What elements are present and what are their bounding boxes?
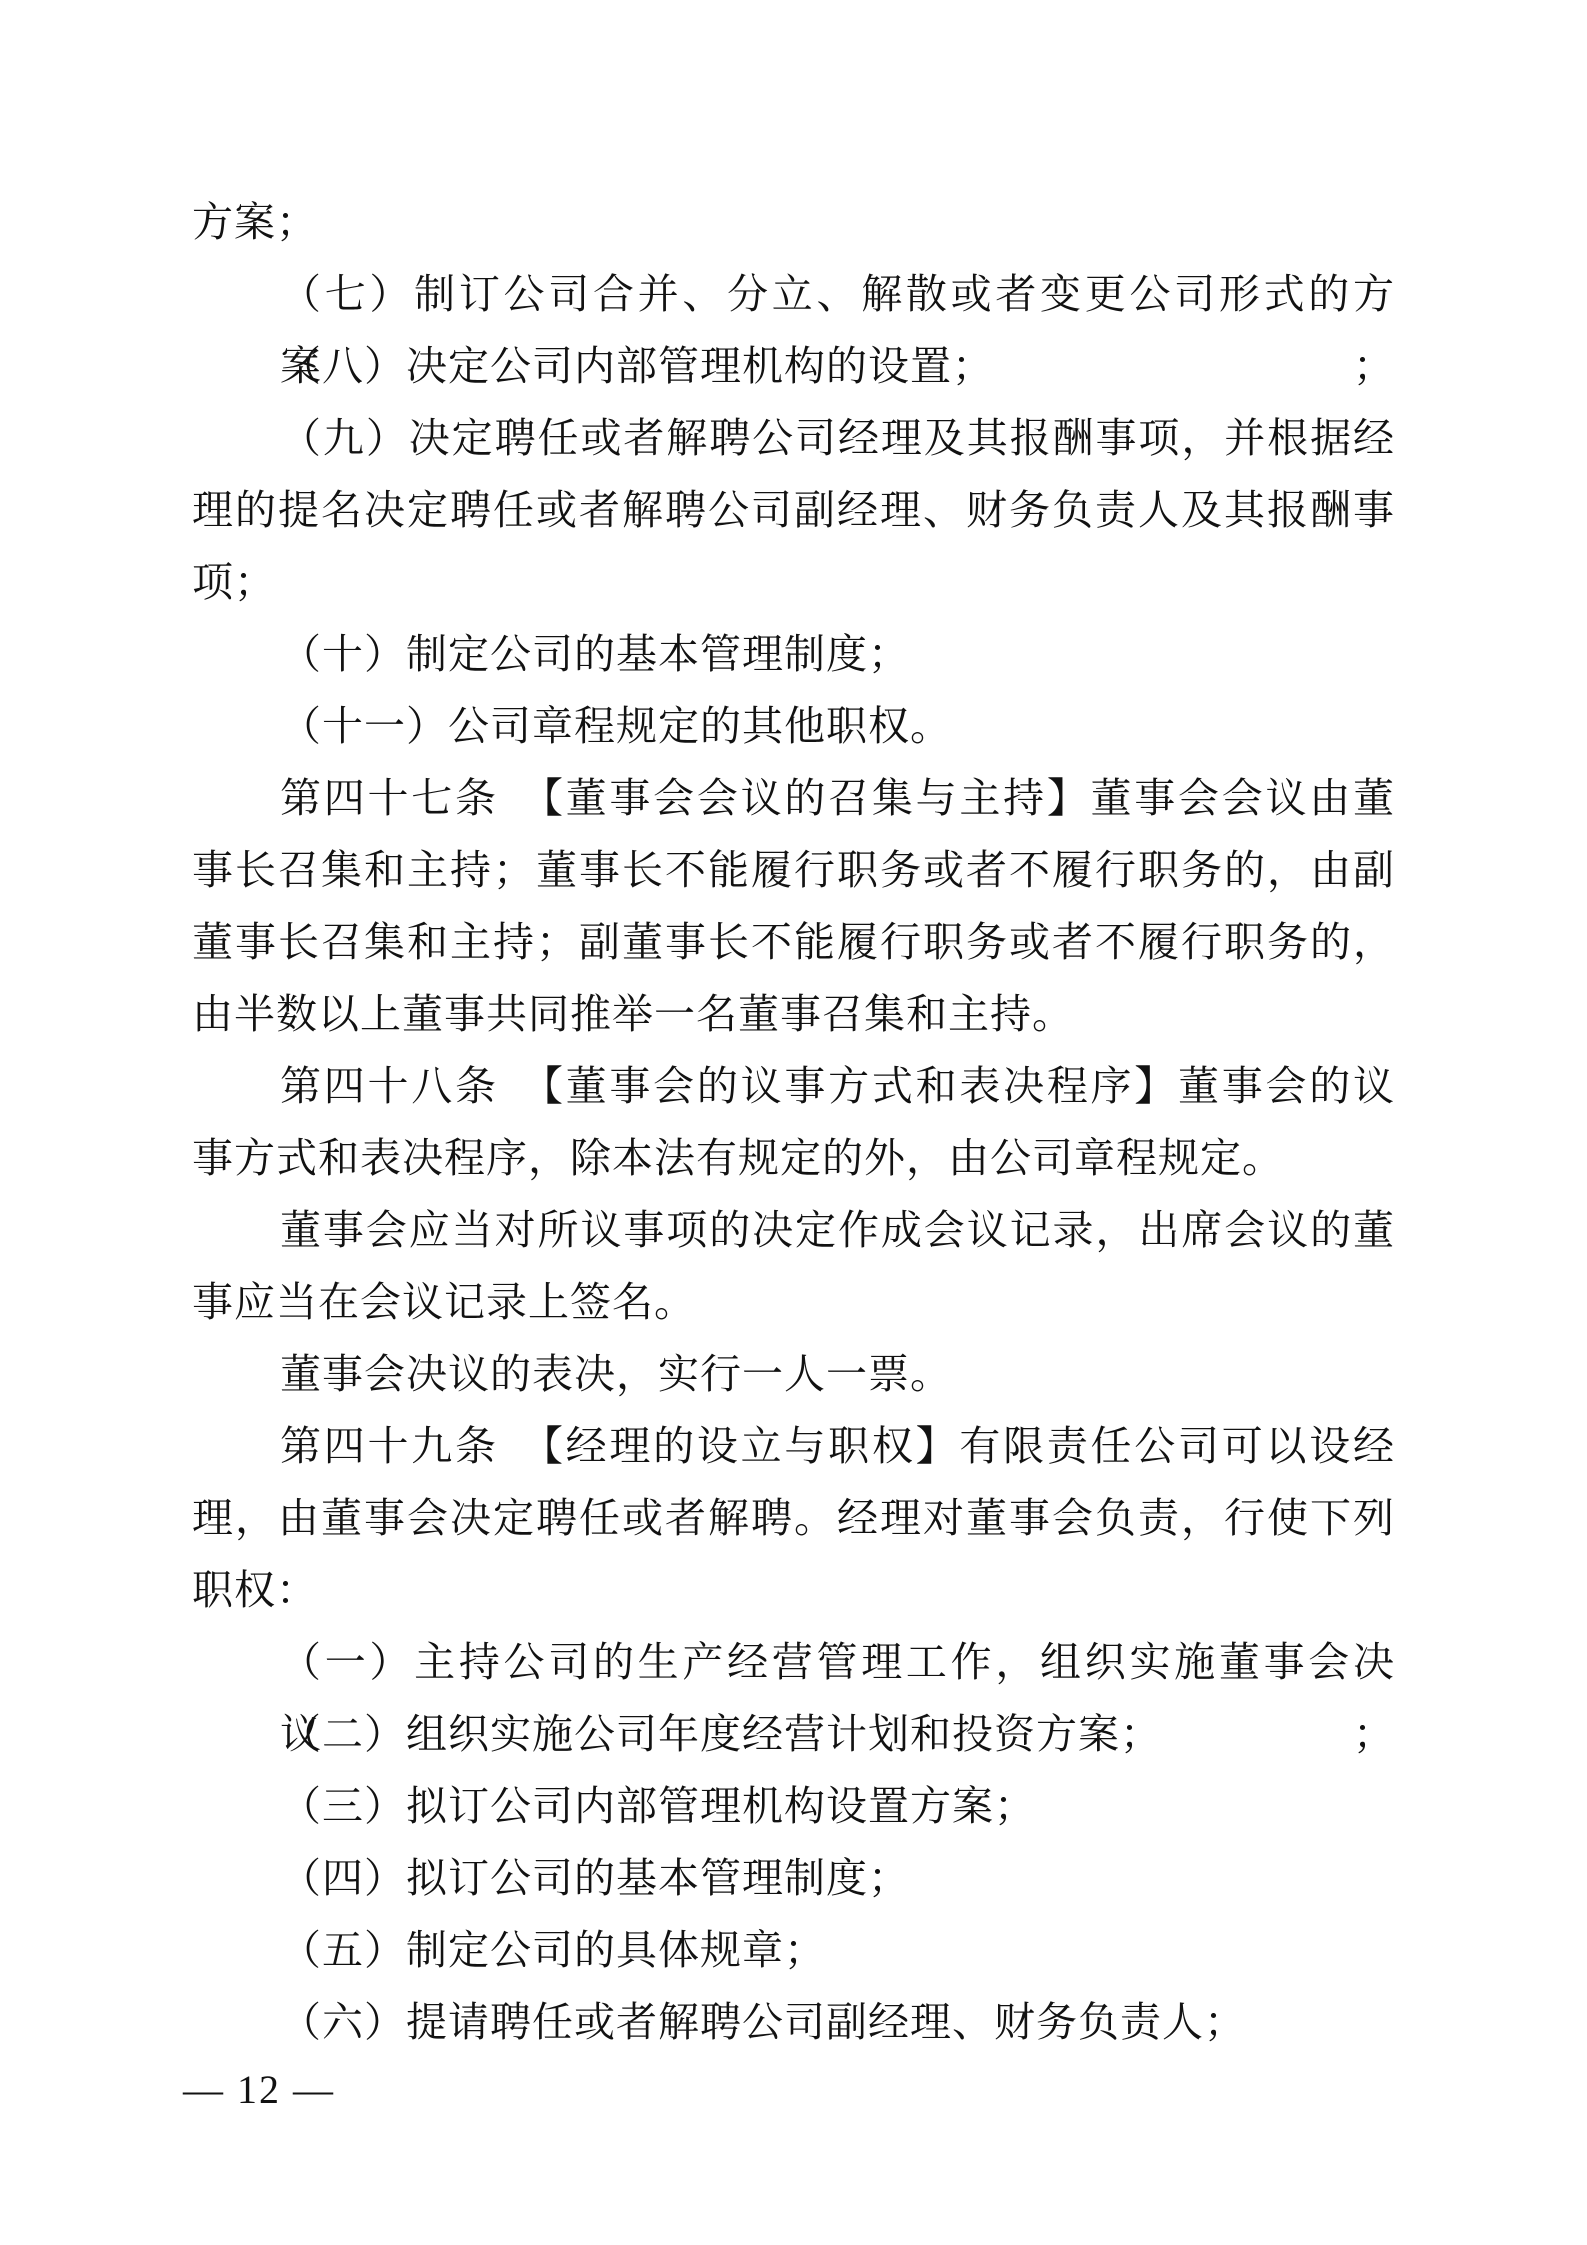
- text-line: 事应当在会议记录上签名。: [192, 1266, 1395, 1338]
- text-line: 理的提名决定聘任或者解聘公司副经理、财务负责人及其报酬事: [192, 474, 1395, 546]
- text-line: 由半数以上董事共同推举一名董事召集和主持。: [192, 978, 1395, 1050]
- text-line: （十）制定公司的基本管理制度；: [192, 618, 1395, 690]
- text-line: 方案；: [192, 186, 1395, 258]
- text-line: 第四十七条 【董事会会议的召集与主持】董事会会议由董: [192, 762, 1395, 834]
- document-body: 方案； （七）制订公司合并、分立、解散或者变更公司形式的方案； （八）决定公司内…: [192, 186, 1395, 2058]
- text-line: （三）拟订公司内部管理机构设置方案；: [192, 1770, 1395, 1842]
- text-line: 理，由董事会决定聘任或者解聘。经理对董事会负责，行使下列: [192, 1482, 1395, 1554]
- text-line: 董事长召集和主持；副董事长不能履行职务或者不履行职务的，: [192, 906, 1395, 978]
- text-line: （五）制定公司的具体规章；: [192, 1914, 1395, 1986]
- page-number: — 12 —: [183, 2062, 335, 2118]
- text-line: 项；: [192, 546, 1395, 618]
- text-line: 董事会决议的表决，实行一人一票。: [192, 1338, 1395, 1410]
- text-line: （九）决定聘任或者解聘公司经理及其报酬事项，并根据经: [192, 402, 1395, 474]
- document-page: 方案； （七）制订公司合并、分立、解散或者变更公司形式的方案； （八）决定公司内…: [0, 0, 1587, 2245]
- text-line: 第四十八条 【董事会的议事方式和表决程序】董事会的议: [192, 1050, 1395, 1122]
- text-line: 职权：: [192, 1554, 1395, 1626]
- text-line: （四）拟订公司的基本管理制度；: [192, 1842, 1395, 1914]
- text-line: 董事会应当对所议事项的决定作成会议记录，出席会议的董: [192, 1194, 1395, 1266]
- text-line: （十一）公司章程规定的其他职权。: [192, 690, 1395, 762]
- text-line: 事长召集和主持；董事长不能履行职务或者不履行职务的，由副: [192, 834, 1395, 906]
- text-line: 事方式和表决程序，除本法有规定的外，由公司章程规定。: [192, 1122, 1395, 1194]
- text-line: （七）制订公司合并、分立、解散或者变更公司形式的方案；: [192, 258, 1395, 330]
- text-line: （一）主持公司的生产经营管理工作，组织实施董事会决议；: [192, 1626, 1395, 1698]
- text-line: 第四十九条 【经理的设立与职权】有限责任公司可以设经: [192, 1410, 1395, 1482]
- text-line: （六）提请聘任或者解聘公司副经理、财务负责人；: [192, 1986, 1395, 2058]
